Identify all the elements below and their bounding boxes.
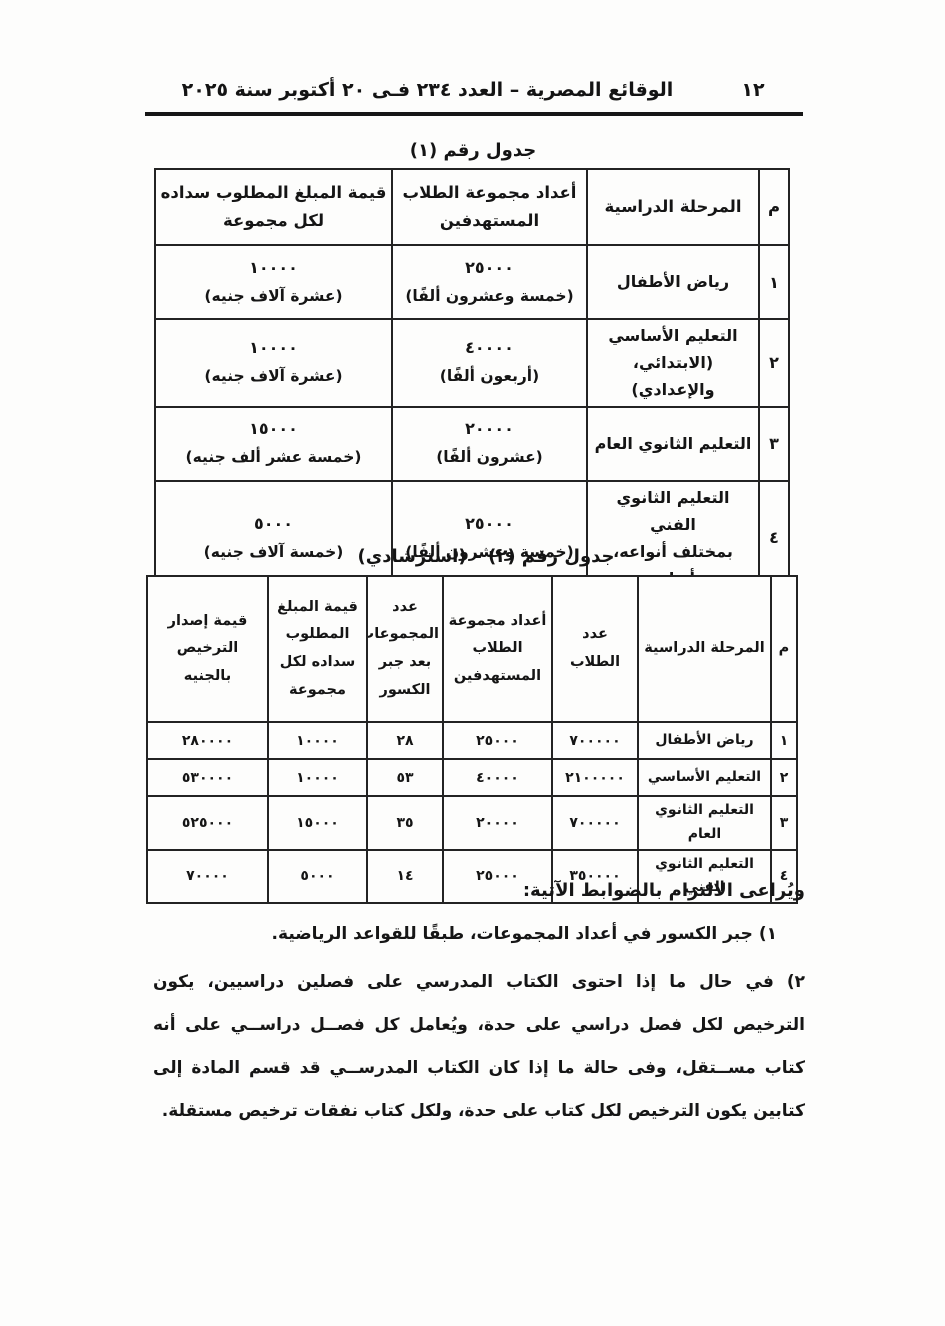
cell-students: ٤٠٠٠٠(أربعون ألفًا) (392, 319, 587, 407)
cell-no: ٣ (771, 796, 797, 850)
gazette-header-title: الوقائع المصرية – العدد ٢٣٤ فـى ٢٠ أكتوب… (150, 79, 705, 101)
notes-section: ويُراعى الالتزام بالضوابط الآتية: ١) جبر… (139, 878, 805, 1133)
cell-students: ٢٥٠٠٠(خمسة وعشرون ألفًا) (392, 245, 587, 319)
table-header-row: م المرحلة الدراسية عدد الطلاب أعداد مجمو… (147, 576, 797, 722)
cell-stage: التعليم الأساسي (638, 759, 771, 796)
cell-groups-count: ٥٣ (367, 759, 443, 796)
cell-students-total: ٧٠٠٠٠٠ (552, 796, 638, 850)
cell-amount: ١٥٠٠٠ (268, 796, 367, 850)
column-header-amount: قيمة المبلغ المطلوب سداده لكل مجموعة (155, 169, 392, 245)
cell-students: ٢٠٠٠٠(عشرون ألفًا) (392, 407, 587, 481)
table-row: ١ رياض الأطفال ٢٥٠٠٠(خمسة وعشرون ألفًا) … (155, 245, 789, 319)
cell-no: ٢ (759, 319, 789, 407)
column-header-groups-count: عدد المجموعات بعد جبر الكسور (367, 576, 443, 722)
cell-groups-count: ٢٨ (367, 722, 443, 759)
notes-heading: ويُراعى الالتزام بالضوابط الآتية: (139, 878, 805, 904)
column-header-no: م (771, 576, 797, 722)
cell-students-total: ٧٠٠٠٠٠ (552, 722, 638, 759)
cell-group-size: ٤٠٠٠٠ (443, 759, 552, 796)
cell-amount: ١٠٠٠٠(عشرة آلاف جنيه) (155, 319, 392, 407)
cell-stage: رياض الأطفال (587, 245, 759, 319)
cell-amount: ١٠٠٠٠ (268, 722, 367, 759)
cell-no: ٣ (759, 407, 789, 481)
cell-amount: ١٠٠٠٠ (268, 759, 367, 796)
column-header-stage: المرحلة الدراسية (638, 576, 771, 722)
cell-stage: رياض الأطفال (638, 722, 771, 759)
column-header-no: م (759, 169, 789, 245)
cell-group-size: ٢٠٠٠٠ (443, 796, 552, 850)
column-header-students: أعداد مجموعة الطلاب المستهدفين (392, 169, 587, 245)
cell-stage: التعليم الأساسي(الابتدائي، والإعدادي) (587, 319, 759, 407)
table-row: ٣ التعليم الثانوي العام ٢٠٠٠٠(عشرون ألفً… (155, 407, 789, 481)
cell-amount: ١٠٠٠٠(عشرة آلاف جنيه) (155, 245, 392, 319)
cell-no: ٢ (771, 759, 797, 796)
table-1: م المرحلة الدراسية أعداد مجموعة الطلاب ا… (154, 168, 790, 596)
column-header-license-value: قيمة إصدار الترخيص بالجنيه (147, 576, 268, 722)
cell-group-size: ٢٥٠٠٠ (443, 722, 552, 759)
table2-title: جدول رقم (٢) – (استرشادي) (156, 546, 816, 567)
column-header-students-total: عدد الطلاب (552, 576, 638, 722)
cell-no: ١ (759, 245, 789, 319)
cell-license-value: ٥٣٠٠٠٠ (147, 759, 268, 796)
column-header-stage: المرحلة الدراسية (587, 169, 759, 245)
table-2: م المرحلة الدراسية عدد الطلاب أعداد مجمو… (146, 575, 798, 904)
table-row: ٢ التعليم الأساسي ٢١٠٠٠٠٠ ٤٠٠٠٠ ٥٣ ١٠٠٠٠… (147, 759, 797, 796)
cell-no: ١ (771, 722, 797, 759)
cell-amount: ١٥٠٠٠(خمسة عشر ألف جنيه) (155, 407, 392, 481)
cell-license-value: ٥٢٥٠٠٠ (147, 796, 268, 850)
table-header-row: م المرحلة الدراسية أعداد مجموعة الطلاب ا… (155, 169, 789, 245)
column-header-group-size: أعداد مجموعة الطلاب المستهدفين (443, 576, 552, 722)
cell-license-value: ٢٨٠٠٠٠ (147, 722, 268, 759)
cell-stage: التعليم الثانوي العام (587, 407, 759, 481)
cell-groups-count: ٣٥ (367, 796, 443, 850)
header-rule (145, 112, 803, 116)
table-row: ١ رياض الأطفال ٧٠٠٠٠٠ ٢٥٠٠٠ ٢٨ ١٠٠٠٠ ٢٨٠… (147, 722, 797, 759)
note-item-2: ٢) في حال ما إذا احتوى الكتاب المدرسي عل… (153, 961, 805, 1133)
gazette-page: الوقائع المصرية – العدد ٢٣٤ فـى ٢٠ أكتوب… (0, 0, 945, 1326)
cell-students-total: ٢١٠٠٠٠٠ (552, 759, 638, 796)
column-header-amount: قيمة المبلغ المطلوب سداده لكل مجموعة (268, 576, 367, 722)
table-row: ٢ التعليم الأساسي(الابتدائي، والإعدادي) … (155, 319, 789, 407)
table-row: ٣ التعليم الثانوي العام ٧٠٠٠٠٠ ٢٠٠٠٠ ٣٥ … (147, 796, 797, 850)
cell-stage: التعليم الثانوي العام (638, 796, 771, 850)
table1-title: جدول رقم (١) (156, 140, 790, 161)
page-number: ١٢ (718, 79, 788, 101)
note-item-1: ١) جبر الكسور في أعداد المجموعات، طبقًا … (139, 921, 805, 948)
